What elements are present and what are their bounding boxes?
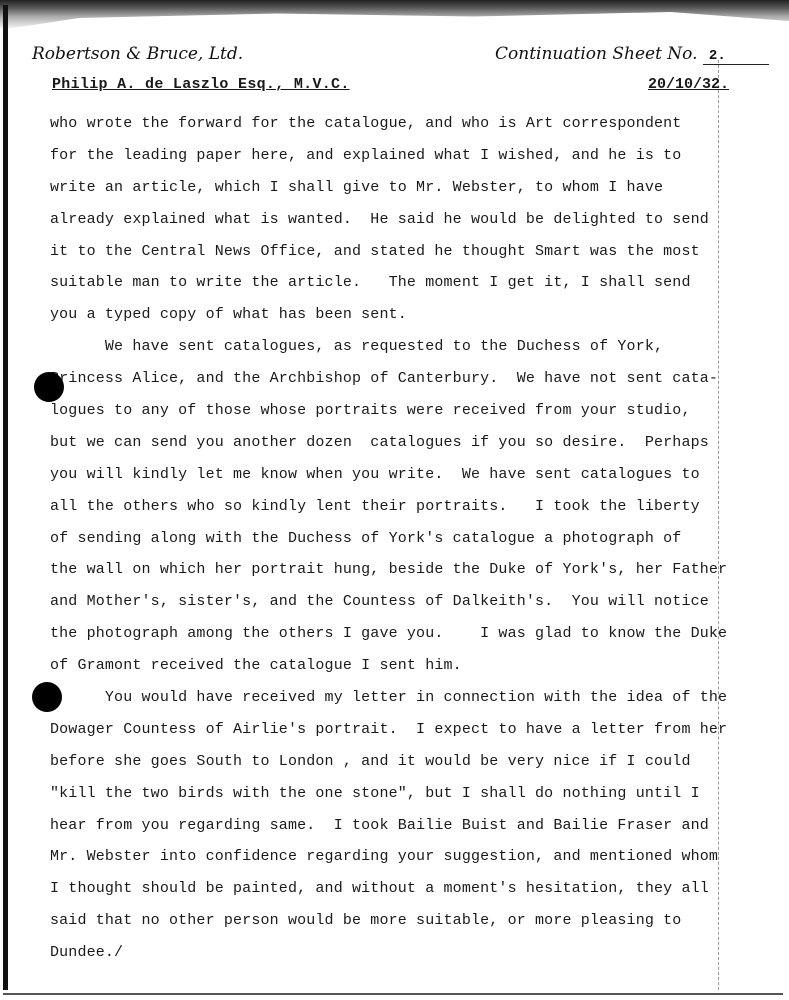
body-line: all the others who so kindly lent their … bbox=[50, 491, 770, 523]
body-line: Princess Alice, and the Archbishop of Ca… bbox=[50, 363, 770, 395]
body-line: for the leading paper here, and explaine… bbox=[50, 140, 770, 172]
body-line: who wrote the forward for the catalogue,… bbox=[50, 108, 770, 140]
body-line: We have sent catalogues, as requested to… bbox=[50, 331, 770, 363]
punch-hole bbox=[32, 682, 62, 712]
scan-top-edge bbox=[0, 0, 789, 30]
body-line: "kill the two birds with the one stone",… bbox=[50, 778, 770, 810]
body-line: you a typed copy of what has been sent. bbox=[50, 299, 770, 331]
body-line: but we can send you another dozen catalo… bbox=[50, 427, 770, 459]
body-line: Dundee./ bbox=[50, 937, 770, 969]
body-line: before she goes South to London , and it… bbox=[50, 746, 770, 778]
body-line: the wall on which her portrait hung, bes… bbox=[50, 554, 770, 586]
company-letterhead: Robertson & Bruce, Ltd. bbox=[32, 44, 243, 64]
body-line: of Gramont received the catalogue I sent… bbox=[50, 650, 770, 682]
sheet-number: 2. bbox=[703, 48, 769, 65]
scan-bottom-edge bbox=[3, 993, 783, 995]
body-line: hear from you regarding same. I took Bai… bbox=[50, 810, 770, 842]
body-line: You would have received my letter in con… bbox=[50, 682, 770, 714]
body-line: the photograph among the others I gave y… bbox=[50, 618, 770, 650]
addressee: Philip A. de Laszlo Esq., M.V.C. bbox=[52, 76, 350, 93]
body-line: suitable man to write the article. The m… bbox=[50, 267, 770, 299]
body-line: you will kindly let me know when you wri… bbox=[50, 459, 770, 491]
body-line: Mr. Webster into confidence regarding yo… bbox=[50, 841, 770, 873]
continuation-sheet-label: Continuation Sheet No. 2. bbox=[495, 44, 769, 65]
scan-left-edge bbox=[3, 5, 8, 990]
letter-date: 20/10/32. bbox=[648, 76, 729, 93]
body-line: and Mother's, sister's, and the Countess… bbox=[50, 586, 770, 618]
body-line: I thought should be painted, and without… bbox=[50, 873, 770, 905]
body-line: Dowager Countess of Airlie's portrait. I… bbox=[50, 714, 770, 746]
body-line: it to the Central News Office, and state… bbox=[50, 236, 770, 268]
letter-body: who wrote the forward for the catalogue,… bbox=[50, 108, 770, 969]
punch-hole bbox=[34, 372, 64, 402]
sheet-label: Continuation Sheet No. bbox=[495, 44, 698, 64]
body-line: of sending along with the Duchess of Yor… bbox=[50, 523, 770, 555]
body-line: write an article, which I shall give to … bbox=[50, 172, 770, 204]
body-line: said that no other person would be more … bbox=[50, 905, 770, 937]
body-line: already explained what is wanted. He sai… bbox=[50, 204, 770, 236]
body-line: logues to any of those whose portraits w… bbox=[50, 395, 770, 427]
